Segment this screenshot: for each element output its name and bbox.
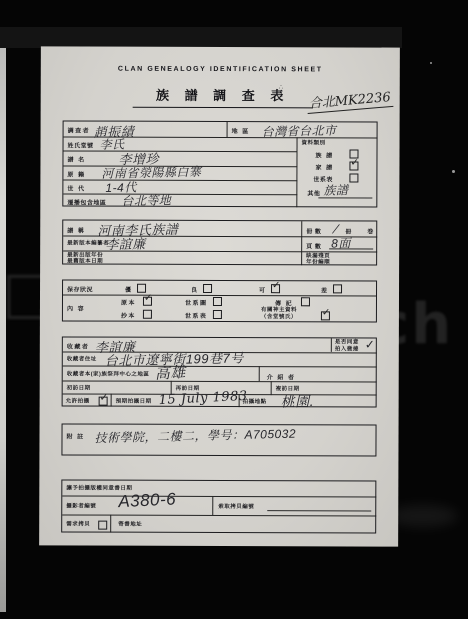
oldest-edition-label: 最舊版本日期 bbox=[67, 258, 103, 265]
compiler-value: 李誼廉 bbox=[105, 233, 146, 253]
pages-value: 8面 bbox=[331, 234, 351, 251]
checkbox-poor bbox=[333, 284, 342, 293]
pages-label: 頁 數 bbox=[306, 241, 321, 250]
content-table-label: 世系表 bbox=[185, 311, 208, 320]
checkbox-biography bbox=[301, 297, 310, 306]
check-mark: ✓ bbox=[322, 307, 330, 318]
filming-date-value: 15 July 1983 bbox=[158, 389, 248, 408]
check-mark: ✓ bbox=[272, 280, 280, 291]
note-label: 附 註 bbox=[66, 431, 84, 440]
copy-number-label: 索取拷貝編號 bbox=[218, 504, 254, 511]
cond-poor-label: 差 bbox=[321, 285, 329, 294]
check-mark: ✓ bbox=[100, 393, 108, 404]
owner-label: 收藏者 bbox=[67, 341, 90, 350]
checkbox-need-copy bbox=[98, 521, 107, 530]
filming-place-value: 桃園. bbox=[280, 391, 314, 412]
region-label: 地 區 bbox=[232, 126, 250, 135]
volumes-label: 冊 數 bbox=[306, 226, 321, 235]
ink-dots: ∴ bbox=[279, 83, 284, 91]
mail-address-label: 寄書地址 bbox=[118, 522, 142, 529]
note-value: 技術學院，二樓二，學号：A705032 bbox=[94, 425, 296, 447]
surname-label: 姓氏堂號 bbox=[68, 140, 94, 149]
first-visit-label: 初訪日期 bbox=[67, 385, 91, 392]
content-tablet-label-2: （含堂號氏） bbox=[261, 314, 297, 321]
region-value: 台灣省台北市 bbox=[261, 121, 336, 140]
checkbox-copy bbox=[143, 310, 152, 319]
coverage-label: 遷播包含地區 bbox=[67, 197, 106, 206]
admin-box: 讓予拍攝版權同意書日期 攝影者編號 A380-6 索取拷貝編號 需求拷貝 寄書地… bbox=[61, 479, 376, 533]
checkbox-tablet-checked: ✓ bbox=[321, 311, 330, 320]
worship-region-label: 收藏者本(家)族祭拜中心之地區 bbox=[67, 371, 150, 378]
compiler-label: 最新版本編纂者 bbox=[67, 240, 109, 247]
checkbox-fair-checked: ✓ bbox=[271, 284, 280, 293]
filming-permit-label: 允許拍攝 bbox=[66, 398, 90, 405]
introducer-label: 介 紹 者 bbox=[267, 372, 296, 381]
dust-speck bbox=[452, 170, 455, 173]
checkbox-chart bbox=[213, 297, 222, 306]
category-jiapu-label: 家 譜 bbox=[315, 162, 333, 171]
checkbox-good bbox=[203, 284, 212, 293]
dust-speck bbox=[430, 62, 432, 64]
content-biography-label: 傳 記 bbox=[275, 298, 293, 307]
content-label: 內 容 bbox=[67, 303, 85, 312]
film-blotch bbox=[388, 505, 458, 527]
category-other-value: 族譜 bbox=[323, 181, 348, 199]
content-chart-label: 世系圖 bbox=[185, 298, 208, 307]
condition-box: 保存狀況 優 良 可 ✓ 差 內 容 原本 ✓ 世系圖 傳 記 抄本 世系表 有… bbox=[62, 279, 377, 322]
checkbox-table bbox=[213, 310, 222, 319]
need-copy-label: 需求拷貝 bbox=[66, 521, 90, 528]
surveyor-label: 調查者 bbox=[68, 125, 91, 134]
cond-excellent-label: 優 bbox=[125, 285, 133, 294]
consent-check: ✓ bbox=[365, 337, 376, 351]
origin-label: 原 籍 bbox=[67, 169, 85, 178]
generations-label: 世 代 bbox=[67, 183, 85, 192]
coverage-value: 台北等地 bbox=[121, 191, 171, 209]
cond-fair-label: 可 bbox=[259, 285, 267, 294]
checkbox-original-checked: ✓ bbox=[143, 297, 152, 306]
check-mark: ✓ bbox=[350, 157, 358, 168]
owner-address-label: 收藏者住址 bbox=[67, 356, 97, 363]
year-order-label: 年份編順 bbox=[306, 259, 330, 266]
microfilm-frame: □ ch CLAN GENEALOGY IDENTIFICATION SHEET… bbox=[0, 0, 468, 619]
english-title: CLAN GENEALOGY IDENTIFICATION SHEET bbox=[41, 65, 400, 73]
content-tablet-label-1: 有關神主資料 bbox=[261, 307, 297, 314]
checkbox-jiapu-checked: ✓ bbox=[349, 161, 358, 170]
volume-box: 譜 稱 河南李氏族譜 冊 數 ∕ 冊 卷 最新版本編纂者 李誼廉 頁 數 8面 … bbox=[62, 219, 377, 265]
category-header: 資料類別 bbox=[302, 140, 326, 147]
photographer-number-value: A380-6 bbox=[118, 489, 177, 512]
genealogy-survey-form: CLAN GENEALOGY IDENTIFICATION SHEET 族 譜 … bbox=[39, 46, 400, 546]
checkbox-filming-permit-checked: ✓ bbox=[99, 397, 108, 406]
content-copy-label: 抄本 bbox=[121, 311, 136, 320]
condition-label: 保存狀況 bbox=[67, 284, 93, 293]
content-original-label: 原本 bbox=[121, 298, 136, 307]
check-mark: ✓ bbox=[144, 293, 152, 304]
handwritten-ref-code: 合北MK2236 bbox=[306, 86, 394, 114]
category-zupu-label: 族 譜 bbox=[315, 150, 333, 159]
worship-region-value: 高雄 bbox=[154, 361, 186, 384]
book-title-label: 譜 稱 bbox=[67, 225, 85, 234]
chinese-title: 族 譜 調 查 表 bbox=[133, 85, 313, 109]
film-band bbox=[0, 27, 402, 48]
photographer-number-label: 攝影者編號 bbox=[66, 503, 96, 510]
checkbox-excellent bbox=[137, 284, 146, 293]
owner-box: 收藏者 李誼廉 是否同意 拍入微捲 ✓ 收藏者住址 台北市遼寧街199巷7号 收… bbox=[62, 336, 377, 407]
filming-place-label: 拍攝地點 bbox=[243, 399, 267, 406]
film-edge bbox=[0, 28, 6, 612]
checkbox-shixibiao bbox=[349, 173, 358, 182]
genealogy-title-label: 譜 名 bbox=[67, 154, 85, 163]
consent-label-2: 拍入微捲 bbox=[335, 346, 359, 353]
category-other-label: 其他 bbox=[307, 188, 320, 197]
cond-good-label: 良 bbox=[191, 285, 199, 294]
note-box: 附 註 技術學院，二樓二，學号：A705032 bbox=[61, 423, 376, 456]
volumes-unit-juan: 卷 bbox=[367, 227, 375, 236]
filming-date-label: 預期拍攝日期 bbox=[116, 398, 152, 405]
identification-box: 調查者 趙振績 地 區 台灣省台北市 姓氏堂號 李氏 譜 名 李增珍 原 籍 河… bbox=[62, 120, 377, 207]
